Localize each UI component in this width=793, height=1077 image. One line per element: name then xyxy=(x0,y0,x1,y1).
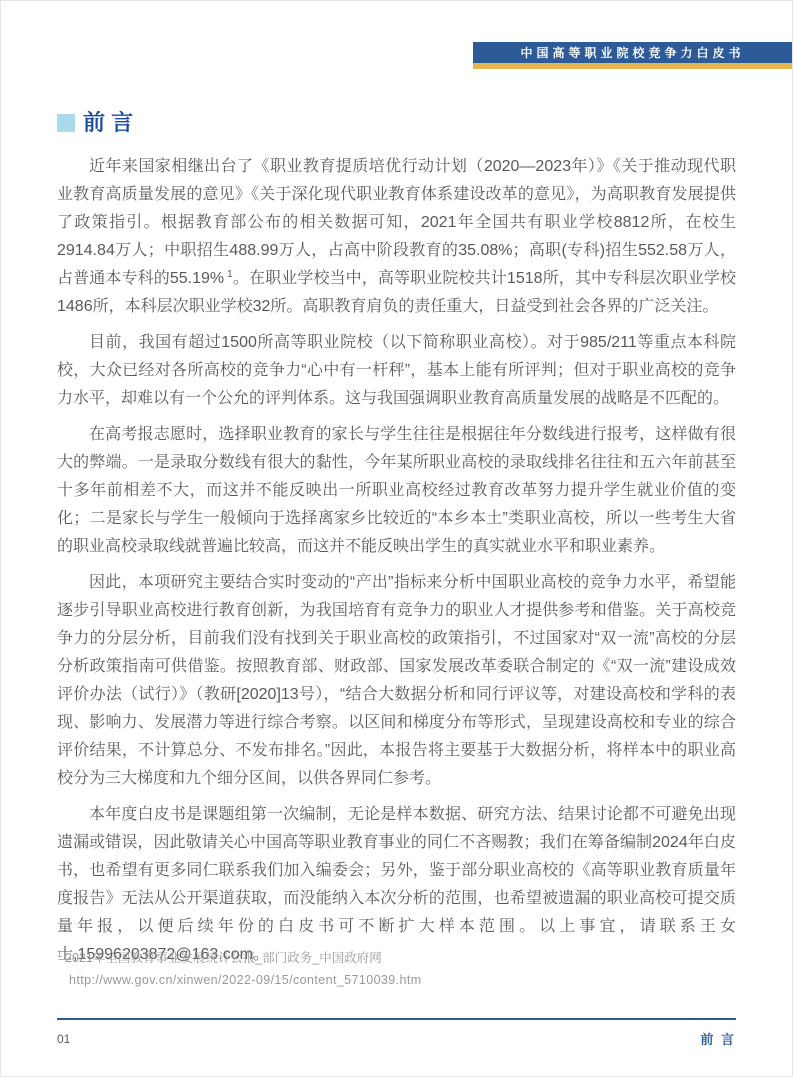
section-title-text: 前 言 xyxy=(83,111,133,135)
footer-rule xyxy=(57,1018,736,1020)
footnote-text: 2021年全国教育事业发展统计公报_部门政务_中国政府网 xyxy=(65,951,382,965)
footnote-marker: 1 xyxy=(57,949,62,959)
footnote-url-link[interactable]: http://www.gov.cn/xinwen/2022-09/15/cont… xyxy=(57,969,736,991)
title-square-icon xyxy=(57,114,75,132)
paragraph-5: 本年度白皮书是课题组第一次编制，无论是样本数据、研究方法、结果讨论都不可避免出现… xyxy=(57,801,736,969)
paragraph-1-text-before-ref: 近年来国家相继出台了《职业教育提质培优行动计划（2020—2023年）》《关于推… xyxy=(57,158,736,287)
document-page: 中国高等职业院校竞争力白皮书 前 言 近年来国家相继出台了《职业教育提质培优行动… xyxy=(0,0,793,1077)
page-number: 01 xyxy=(57,1032,70,1046)
footnote: 12021年全国教育事业发展统计公报_部门政务_中国政府网 http://www… xyxy=(57,947,736,991)
header-gold-rule xyxy=(473,63,792,69)
page-footer: 01 前 言 xyxy=(57,1029,736,1048)
footnote-text-line: 12021年全国教育事业发展统计公报_部门政务_中国政府网 xyxy=(57,947,736,969)
section-title: 前 言 xyxy=(57,111,736,135)
paragraph-4: 因此，本项研究主要结合实时变动的“产出”指标来分析中国职业高校的竞争力水平，希望… xyxy=(57,569,736,793)
header-banner: 中国高等职业院校竞争力白皮书 xyxy=(473,42,792,63)
body-text: 近年来国家相继出台了《职业教育提质培优行动计划（2020—2023年）》《关于推… xyxy=(57,153,736,977)
paragraph-2: 目前，我国有超过1500所高等职业院校（以下简称职业高校）。对于985/211等… xyxy=(57,329,736,413)
paragraph-1: 近年来国家相继出台了《职业教育提质培优行动计划（2020—2023年）》《关于推… xyxy=(57,153,736,321)
footer-section-label: 前 言 xyxy=(700,1029,736,1048)
header-banner-title: 中国高等职业院校竞争力白皮书 xyxy=(520,44,744,61)
paragraph-3: 在高考报志愿时，选择职业教育的家长与学生往往是根据往年分数线进行报考，这样做有很… xyxy=(57,421,736,561)
